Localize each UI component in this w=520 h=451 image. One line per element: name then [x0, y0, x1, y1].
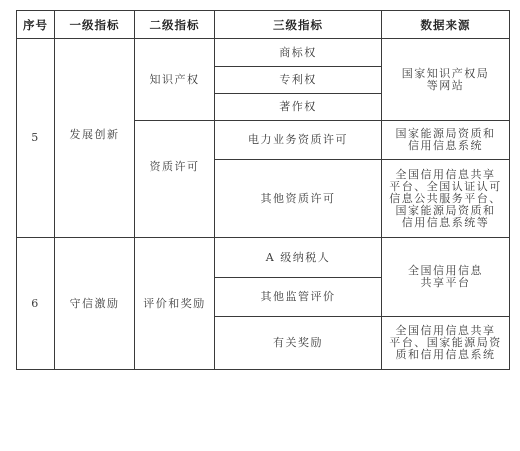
level1-cell: 发展创新	[55, 39, 135, 238]
level2-cell: 资质许可	[135, 121, 215, 238]
source-cell: 全国信用信息共享 平台、全国认证认可 信息公共服务平台、 国家能源局资质和 信用…	[382, 160, 510, 238]
table-row: 5 发展创新 知识产权 商标权 国家知识产权局 等网站	[17, 39, 510, 67]
level2-cell: 评价和奖励	[135, 238, 215, 370]
level3-cell: 商标权	[215, 39, 382, 67]
level3-cell: 有关奖励	[215, 317, 382, 370]
level3-cell: 专利权	[215, 67, 382, 94]
level1-cell: 守信激励	[55, 238, 135, 370]
level3-cell: A 级纳税人	[215, 238, 382, 278]
header-level2: 二级指标	[135, 11, 215, 39]
level3-cell: 著作权	[215, 94, 382, 121]
level3-cell: 其他监管评价	[215, 278, 382, 317]
seq-cell: 5	[17, 39, 55, 238]
header-seq: 序号	[17, 11, 55, 39]
source-cell: 国家能源局资质和 信用信息系统	[382, 121, 510, 160]
header-row: 序号 一级指标 二级指标 三级指标 数据来源	[17, 11, 510, 39]
source-cell: 全国信用信息 共享平台	[382, 238, 510, 317]
level3-cell: 其他资质许可	[215, 160, 382, 238]
level3-cell: 电力业务资质许可	[215, 121, 382, 160]
source-cell: 全国信用信息共享 平台、国家能源局资 质和信用信息系统	[382, 317, 510, 370]
source-cell: 国家知识产权局 等网站	[382, 39, 510, 121]
header-source: 数据来源	[382, 11, 510, 39]
header-level1: 一级指标	[55, 11, 135, 39]
seq-cell: 6	[17, 238, 55, 370]
table-row: 6 守信激励 评价和奖励 A 级纳税人 全国信用信息 共享平台	[17, 238, 510, 278]
header-level3: 三级指标	[215, 11, 382, 39]
indicator-table: 序号 一级指标 二级指标 三级指标 数据来源 5 发展创新 知识产权 商标权 国…	[16, 10, 510, 370]
level2-cell: 知识产权	[135, 39, 215, 121]
